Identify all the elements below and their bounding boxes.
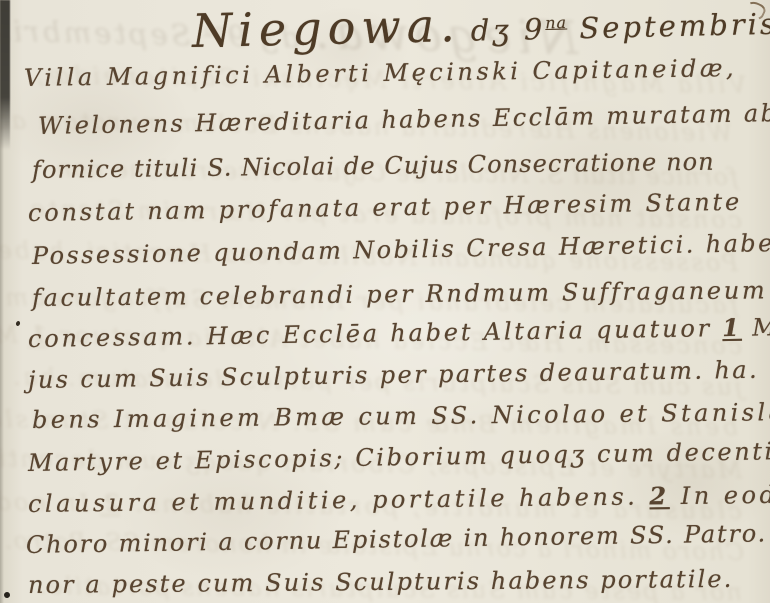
text-segment: facultatem celebrandi per Rndmum Suffrag… — [32, 276, 768, 312]
manuscript-line: facultatem celebrandi per Rndmum Suffrag… — [32, 276, 768, 312]
manuscript-line: nor a peste cum Suis Sculpturis habens p… — [28, 565, 734, 599]
manuscript-line: Choro minori a cornu Epistolæ in honorem… — [26, 519, 767, 559]
text-segment: clausura et munditie, portatile habens. — [28, 482, 650, 518]
altar-number: 2 — [649, 481, 670, 510]
text-segment: Wielonens Hæreditaria habens Ecclām mura… — [38, 98, 770, 140]
text-segment: jus cum Suis Sculpturis per partes deaur… — [28, 356, 759, 394]
text-segment: constat nam profanata erat per Hæresim S… — [28, 188, 742, 227]
text-segment: concessam. Hæc Ecclēa habet Altaria quat… — [28, 314, 723, 353]
text-segment: Septembris — [567, 7, 770, 46]
altar-number: 1 — [722, 313, 742, 342]
manuscript-line: Villa Magnifici Alberti Męcinski Capitan… — [24, 54, 737, 92]
text-segment: fornice tituli S. Nicolai de Cujus Conse… — [32, 148, 715, 184]
manuscript-text: Niegowa.dʒ 9na SeptembrisVilla Magnifici… — [0, 0, 770, 603]
manuscript-line: Possessione quondam Nobilis Cresa Hæreti… — [32, 229, 770, 270]
manuscript-page: Niegowa.dʒ 9na SeptembrisVilla Magnifici… — [0, 0, 770, 603]
manuscript-line: jus cum Suis Sculpturis per partes deaur… — [28, 356, 759, 394]
page-edge — [0, 0, 4, 603]
text-segment: 9 — [524, 12, 546, 46]
text-segment: Niegowa. — [191, 0, 461, 58]
text-segment: Possessione quondam Nobilis Cresa Hæreti… — [32, 229, 770, 270]
manuscript-line: constat nam profanata erat per Hæresim S… — [28, 188, 742, 227]
manuscript-line: clausura et munditie, portatile habens. … — [28, 480, 770, 518]
manuscript-heading: Niegowa.dʒ 9na Septembris — [191, 0, 770, 58]
manuscript-line: concessam. Hæc Ecclēa habet Altaria quat… — [28, 312, 770, 353]
text-segment: nor a peste cum Suis Sculpturis habens p… — [28, 565, 734, 599]
text-segment: Martyre et Episcopis; Ciborium quoqʒ cum… — [28, 437, 770, 477]
text-segment: In eod — [669, 481, 770, 510]
manuscript-line: Wielonens Hæreditaria habens Ecclām mura… — [38, 98, 770, 140]
text-segment: dʒ — [470, 12, 524, 47]
text-segment: Ma. — [742, 313, 770, 342]
manuscript-line: bens Imaginem Bmæ cum SS. Nicolao et Sta… — [32, 398, 770, 434]
text-segment: Choro minori a cornu Epistolæ in honorem… — [26, 519, 767, 559]
text-segment: Villa Magnifici Alberti Męcinski Capitan… — [24, 54, 737, 92]
text-segment: bens Imaginem Bmæ cum SS. Nicolao et Sta… — [32, 398, 770, 434]
manuscript-line: fornice tituli S. Nicolai de Cujus Conse… — [32, 148, 715, 184]
manuscript-line: Martyre et Episcopis; Ciborium quoqʒ cum… — [28, 437, 770, 477]
text-segment: na — [545, 13, 567, 32]
